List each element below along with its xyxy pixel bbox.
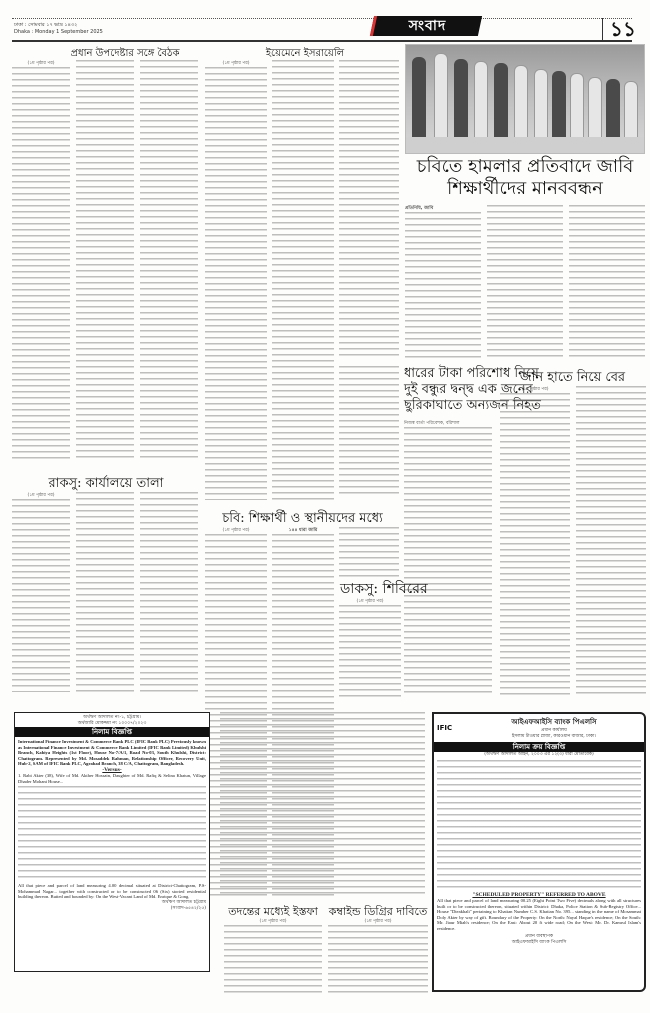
article-jabi-col2 xyxy=(487,205,563,360)
article-life-col2 xyxy=(576,386,646,696)
auction-title: নিলাম বিজ্ঞপ্তি xyxy=(15,727,209,737)
masthead-divider xyxy=(602,18,603,40)
auction-notice-left: অর্থঋণ আদালত নং-১, চট্টগ্রাম। অর্থজারি ম… xyxy=(14,712,210,972)
dateline-english: Dhaka : Monday 1 September 2025 xyxy=(14,29,103,36)
protest-photo xyxy=(405,44,645,154)
article-life-col1: (১ম পৃষ্ঠার পর) xyxy=(500,386,570,696)
masthead-dotted-rule xyxy=(12,18,632,19)
masthead: ঢাকা : সোমবার ১৭ ভাদ্র ১৪৩২ Dhaka : Mond… xyxy=(12,10,648,43)
article-yemen-col3 xyxy=(339,60,399,360)
article-meeting-col1: (১ম পৃষ্ঠার পর) xyxy=(12,60,70,460)
dateline-bengali: ঢাকা : সোমবার ১৭ ভাদ্র ১৪৩২ xyxy=(14,22,103,29)
article-cont-col xyxy=(339,366,399,496)
article-misc-cols xyxy=(220,712,425,897)
article-ducsu-col1: (১ম পৃষ্ঠার পর) xyxy=(339,598,401,698)
article-meeting-col3 xyxy=(140,60,198,460)
article-jabi-col3 xyxy=(569,205,645,360)
article-yemen-col2 xyxy=(272,60,334,500)
newspaper-logo: সংবাদ xyxy=(370,16,482,36)
subhead: ১৪৪ ধারা জারি xyxy=(272,527,334,534)
auction-notice-right: IFIC আইএফআইসি ব্যাংক পিএলসি প্রধান কার্য… xyxy=(432,712,646,992)
article-raksu-col1: (১ম পৃষ্ঠার পর) xyxy=(12,492,70,692)
article-jabi-col1: প্রতিনিধি, জাবি xyxy=(405,205,481,360)
article-resign-body: (১ম পৃষ্ঠার পর) xyxy=(224,918,322,993)
article-cu-col3 xyxy=(339,527,399,577)
article-yemen-col1: (১ম পৃষ্ঠার পর) xyxy=(205,60,267,500)
ific-logo: IFIC xyxy=(437,724,467,732)
page-number: ১১ xyxy=(610,18,636,40)
article-body xyxy=(12,67,70,460)
auction-title: নিলাম ক্রয় বিজ্ঞপ্তি xyxy=(434,742,644,752)
headline-loan: ধারের টাকা পরিশোধ নিয়ে দুই বন্ধুর দ্বন্… xyxy=(404,366,494,414)
article-loan-body: নিজস্ব বার্তা পরিবেশক, বরিশাল xyxy=(404,420,492,695)
dateline: ঢাকা : সোমবার ১৭ ভাদ্র ১৪৩২ Dhaka : Mond… xyxy=(14,22,103,36)
byline: প্রতিনিধি, জাবি xyxy=(405,205,481,212)
masthead-rule xyxy=(12,40,632,42)
headline-jabi: চবিতে হামলার প্রতিবাদে জাবি শিক্ষার্থীদে… xyxy=(405,156,645,200)
article-meeting-col2 xyxy=(76,60,134,460)
article-degree-body: (১ম পৃষ্ঠার পর) xyxy=(328,918,428,993)
article-raksu-col3 xyxy=(140,492,198,692)
headline-ducsu: ডাকসু: শিবিরের xyxy=(340,578,402,600)
article-raksu-col2 xyxy=(76,492,134,692)
